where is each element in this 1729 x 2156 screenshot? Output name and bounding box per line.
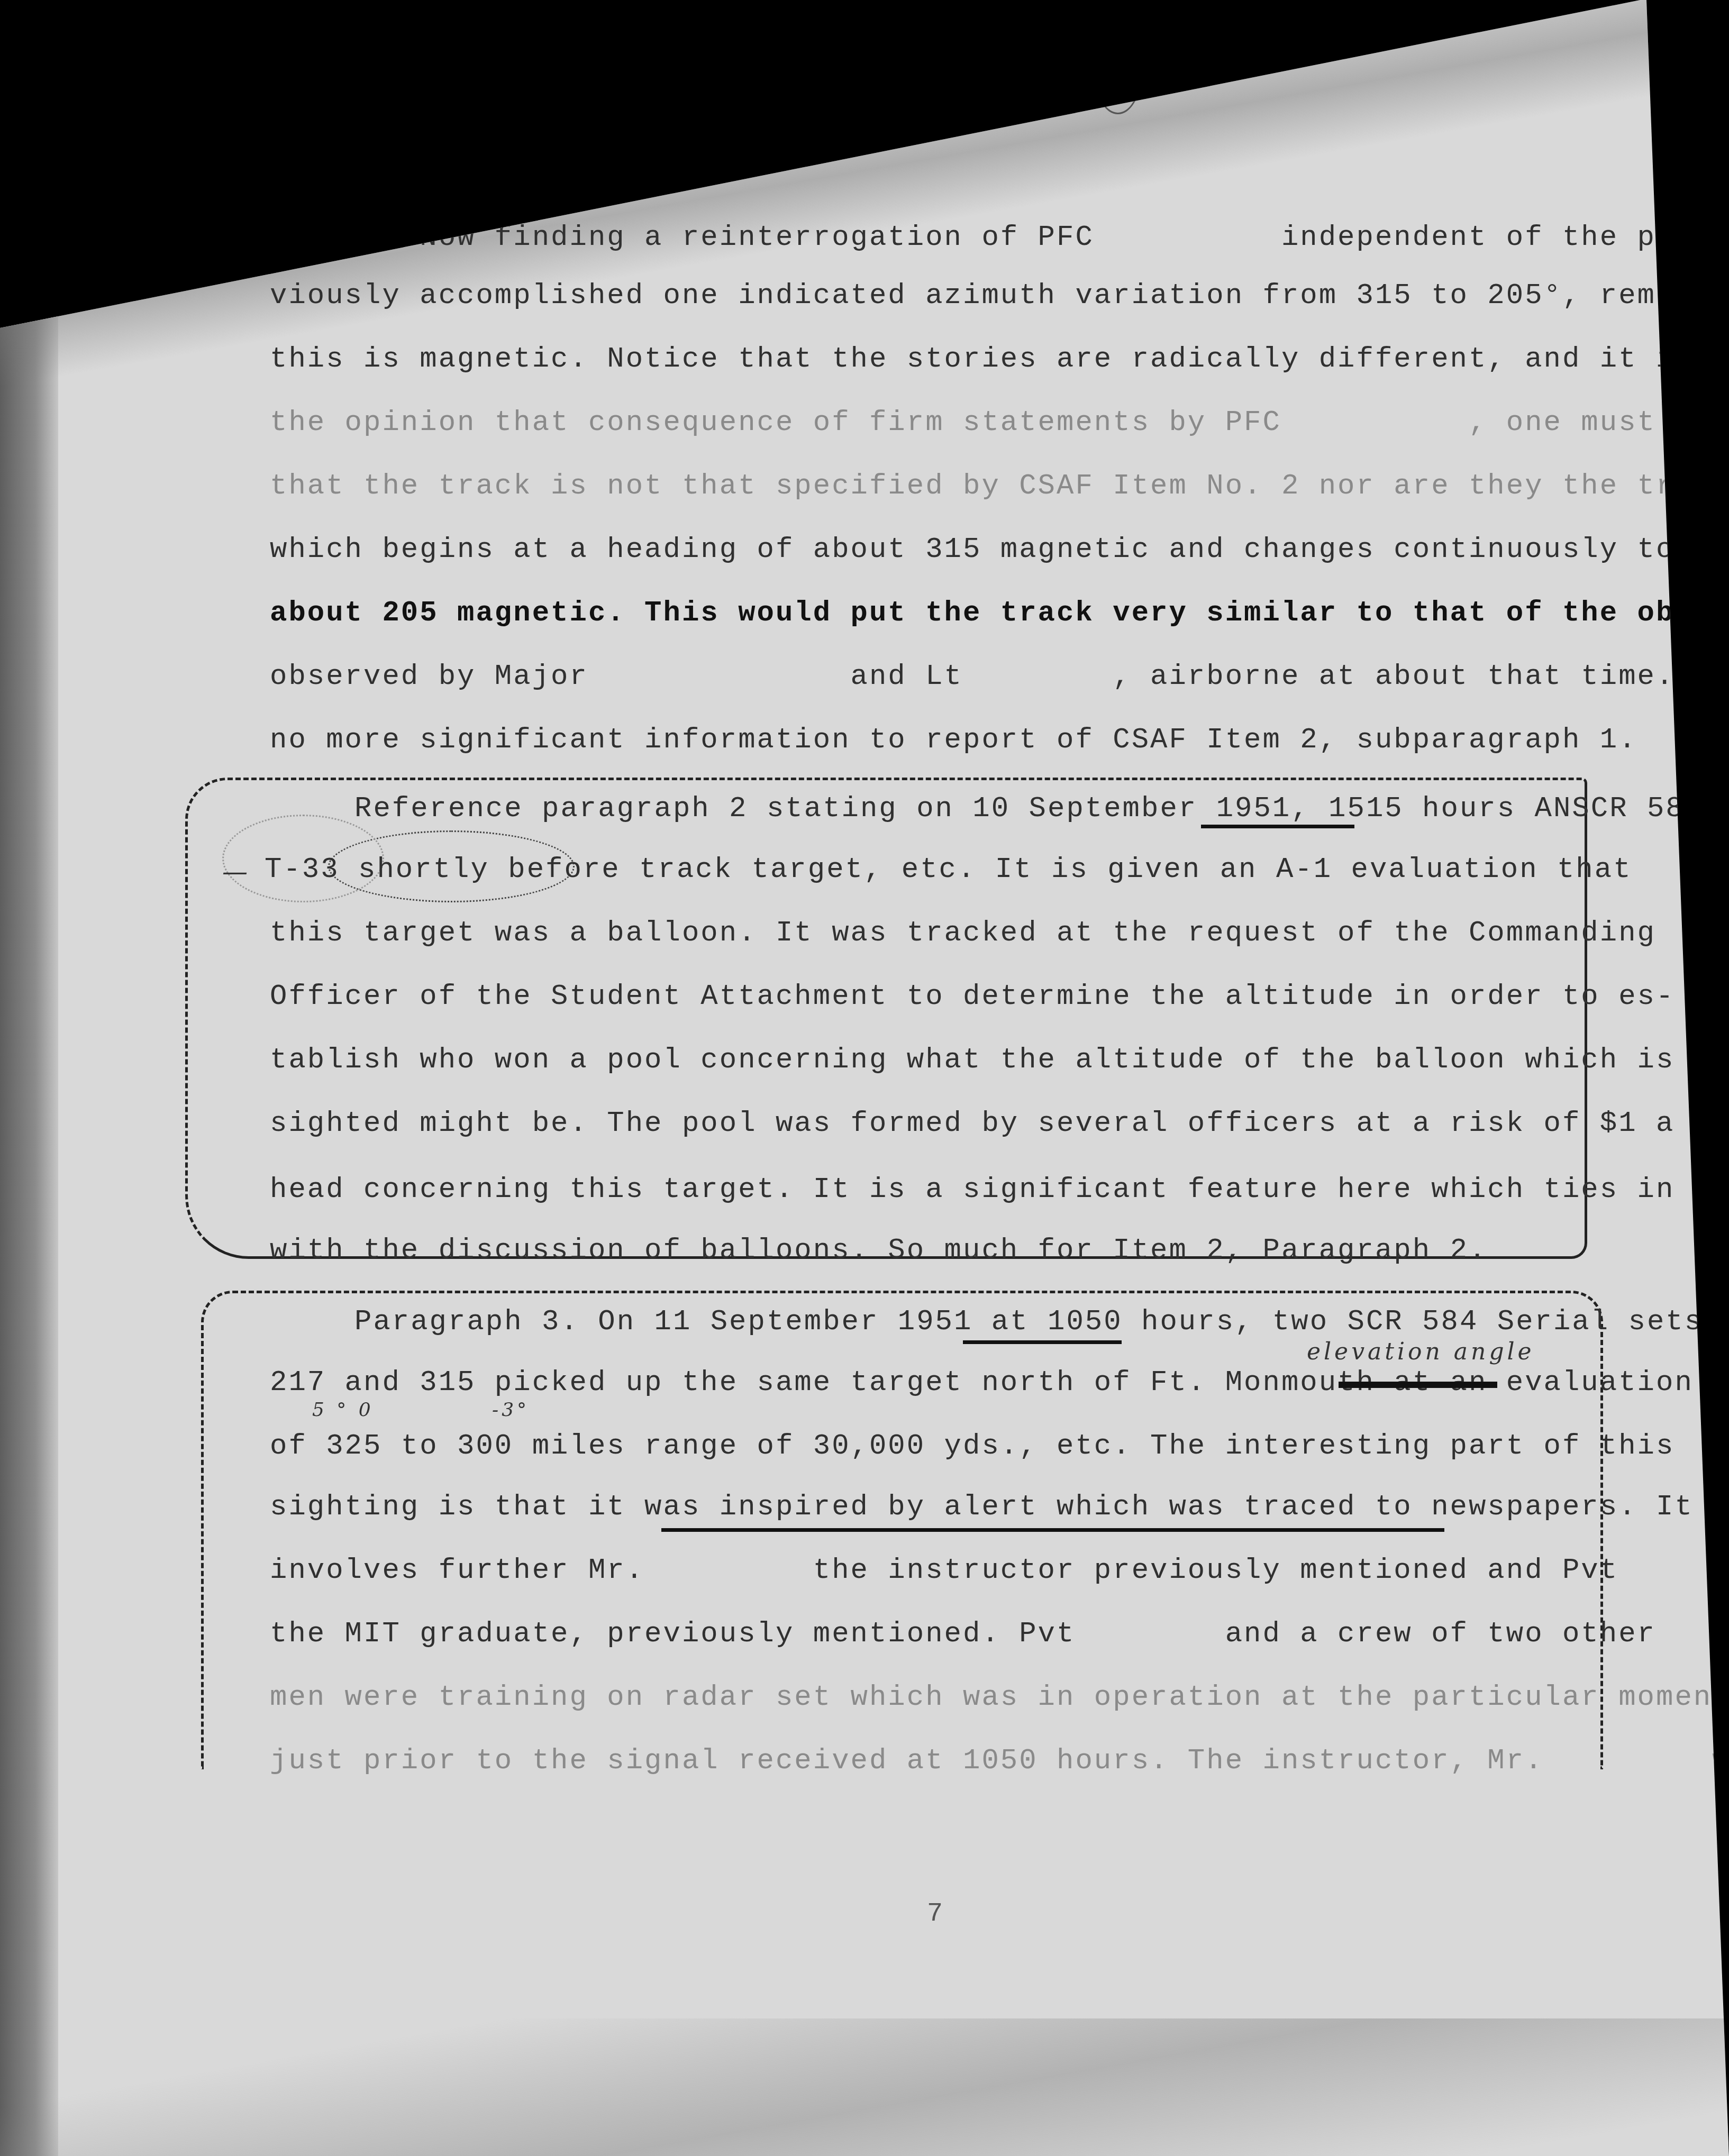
text-line: of 325 to 300 miles range of 30,000 yds.… bbox=[270, 1431, 1675, 1463]
text-line: tablish who won a pool concerning what t… bbox=[270, 1045, 1675, 1076]
text-line: with the discussion of balloons. So much… bbox=[270, 1235, 1487, 1267]
text-line: the opinion that consequence of firm sta… bbox=[270, 407, 1729, 439]
text-line: no more significant information to repor… bbox=[270, 725, 1637, 756]
film-edge-shadow bbox=[0, 296, 58, 2156]
text-line: a shit. Now finding a reinterrogation of… bbox=[270, 222, 1712, 254]
text-line: this target was a balloon. It was tracke… bbox=[270, 918, 1656, 949]
underline-1515-hours bbox=[1201, 823, 1354, 828]
text-line: about 205 magnetic. This would put the t… bbox=[270, 598, 1729, 629]
punch-hole-left bbox=[566, 53, 609, 168]
margin-note-or: or bbox=[582, 190, 609, 212]
punch-hole-right bbox=[1095, 40, 1141, 114]
margin-arrow-mark: — bbox=[222, 857, 251, 887]
scan-shadow-band-bottom bbox=[0, 2018, 1729, 2156]
text-line: Reference paragraph 2 stating on 10 Sept… bbox=[354, 793, 1703, 825]
underline-newspapers bbox=[661, 1526, 1444, 1532]
text-line: men were training on radar set which was… bbox=[270, 1682, 1729, 1714]
text-line: viously accomplished one indicated azimu… bbox=[270, 280, 1729, 312]
text-line: which begins at a heading of about 315 m… bbox=[270, 534, 1675, 566]
text-line: that the track is not that specified by … bbox=[270, 471, 1729, 503]
underline-1050-hours bbox=[963, 1338, 1122, 1344]
text-line: sighted might be. The pool was formed by… bbox=[270, 1108, 1675, 1140]
strikeout-evaluation bbox=[1339, 1382, 1497, 1388]
handwritten-elevation-angle: elevation angle bbox=[1307, 1338, 1535, 1365]
text-line: involves further Mr. the instructor prev… bbox=[270, 1555, 1618, 1587]
text-line: the MIT graduate, previously mentioned. … bbox=[270, 1619, 1656, 1650]
handwritten-range-correction-2: -3° bbox=[492, 1399, 530, 1421]
text-line: sighting is that it was inspired by aler… bbox=[270, 1492, 1694, 1523]
page-number: 7 bbox=[927, 1899, 943, 1929]
text-line: this is magnetic. Notice that the storie… bbox=[270, 344, 1694, 376]
handwritten-range-correction-1: 5 ° 0 bbox=[312, 1399, 374, 1421]
text-line: head concerning this target. It is a sig… bbox=[270, 1174, 1729, 1206]
text-line: T-33 shortly before track target, etc. I… bbox=[265, 854, 1632, 886]
text-line: observed by Major and Lt , airborne at a… bbox=[270, 661, 1729, 693]
text-line: just prior to the signal received at 105… bbox=[270, 1746, 1729, 1777]
document-page: or a shit. Now finding a reinterrogation… bbox=[0, 0, 1729, 2156]
text-line: Officer of the Student Attachment to det… bbox=[270, 981, 1675, 1013]
text-line: Paragraph 3. On 11 September 1951 at 105… bbox=[354, 1307, 1703, 1338]
